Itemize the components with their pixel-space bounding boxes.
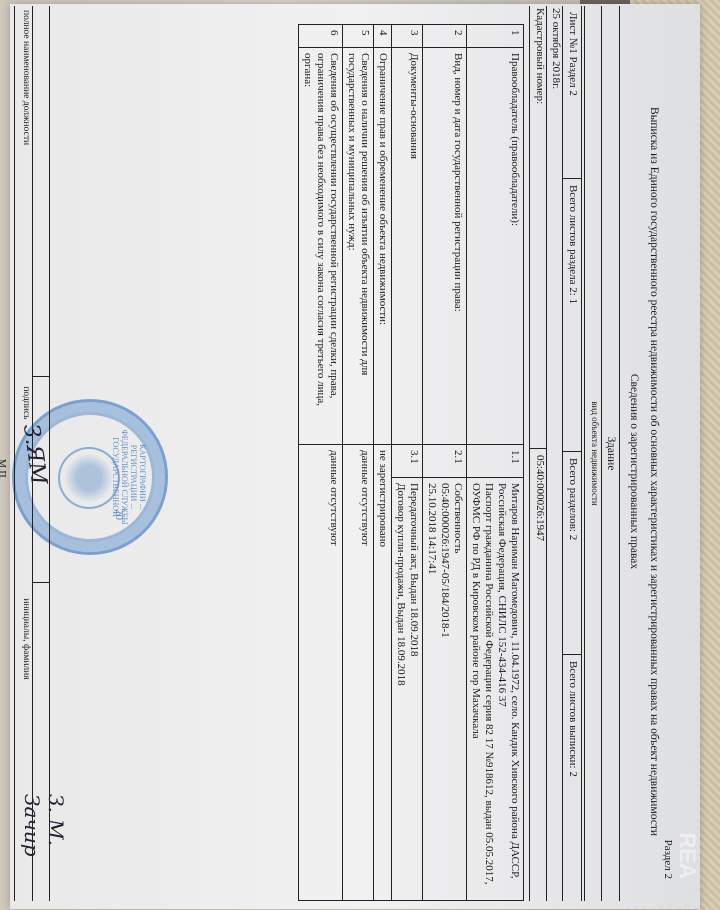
row-value: Митаров Нариман Магомедович, 11.04.1972,… [467,478,524,901]
object-type-box: Здание вид объекта недвижимости [584,6,620,901]
row-value: данные отсутствуют [343,445,374,901]
position-caption: полное наименование должности [20,6,32,382]
row-number: 1 [467,25,524,48]
row-label: Вид, номер и дата государственной регист… [423,48,467,445]
table-row: 4Ограничение прав и обременение объекта … [374,25,392,901]
total-sheets: Всего листов выписки: 2 [563,655,581,901]
object-type: Здание [605,6,617,901]
row-value: не зарегистрировано [374,445,392,901]
row-label: Сведения об осуществлении государственно… [299,48,343,445]
handwritten-name: З. М. Зачир [20,794,68,909]
cadastral-row: Кадастровый номер: 05:40:000026:1947 [529,6,546,901]
row-number: 4 [374,25,392,48]
row-number: 6 [299,25,343,48]
stamp-number: 20 [113,509,125,520]
cadastral-label: Кадастровый номер: [530,6,546,449]
document-title: Выписка из Единого государственного реес… [648,74,660,869]
row-subnumber: 2.1 [423,445,467,478]
table-row: 1Правообладатель (правообладатели):1.1Ми… [467,25,524,901]
sheet-number: Лист №1 Раздел 2 [563,6,581,179]
row-subnumber: 3.1 [392,445,423,478]
row-number: 3 [392,25,423,48]
cadastral-number: 05:40:000026:1947 [530,449,546,541]
table-row: 3Документы-основания3.1Передаточный акт,… [392,25,423,901]
row-number: 2 [423,25,467,48]
row-label: Правообладатель (правообладатели): [467,48,524,445]
row-label: Сведения о наличии решения об изъятии об… [343,48,374,445]
rights-table: 1Правообладатель (правообладатели):1.1Ми… [298,24,524,901]
table-row: 6Сведения об осуществлении государственн… [299,25,343,901]
row-label: Ограничение прав и обременение объекта н… [374,48,392,445]
document-subtitle: Сведения о зарегистрированных правах [628,74,640,869]
position-cell [33,6,49,377]
row-value: данные отсутствуют [299,445,343,901]
row-subnumber: 1.1 [467,445,524,478]
row-number: 5 [343,25,374,48]
row-value: Собственность 05:40:000026:1947-05/184/2… [423,478,467,901]
object-type-caption: вид объекта недвижимости [590,6,602,901]
document-date: 25 октября 2018г. [546,6,562,901]
table-row: 2Вид, номер и дата государственной регис… [423,25,467,901]
row-value: Передаточный акт, Выдан 18.09.2018 Догов… [392,478,423,901]
total-sections: Всего разделов: 2 [563,452,581,655]
registry-extract-document: REA Раздел 2 Выписка из Единого государс… [10,4,700,909]
sheet-info-row: Лист №1 Раздел 2 Всего листов раздела 2:… [562,6,582,901]
coat-of-arms-icon [58,447,120,509]
section-label: Раздел 2 [662,840,674,879]
table-row: 5Сведения о наличии решения об изъятии о… [343,25,374,901]
watermark: REA [674,833,700,879]
row-label: Документы-основания [392,48,423,445]
section-sheets: Всего листов раздела 2: 1 [563,179,581,452]
seal-mark: М.П. [0,459,7,480]
signature-caption: подпись [20,382,32,594]
